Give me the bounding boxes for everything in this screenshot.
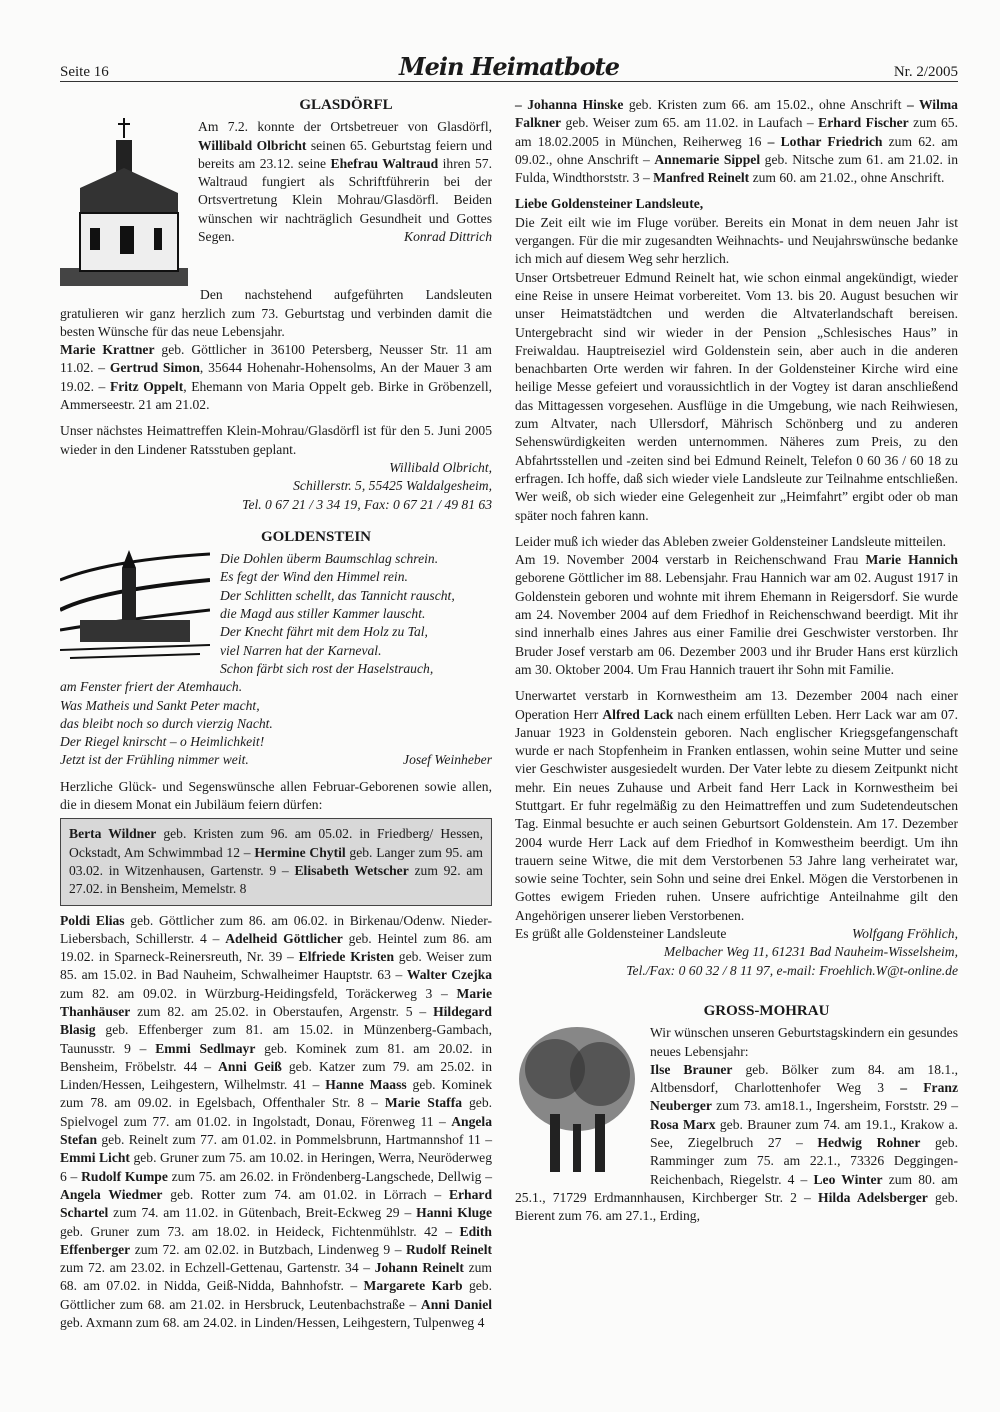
issue-number: Nr. 2/2005: [894, 64, 958, 81]
right-column: – Johanna Hinske geb. Kristen zum 66. am…: [515, 96, 958, 1226]
section-title-gross-mohrau: GROSS-MOHRAU: [515, 1002, 958, 1020]
signature-name: Wolfgang Fröhlich,: [852, 925, 958, 943]
chapel-illustration-icon: [60, 118, 188, 286]
masthead-title: Mein Heimatbote: [399, 52, 619, 81]
signature-contact: Tel./Fax: 0 60 32 / 8 11 97, e-mail: Fro…: [515, 962, 958, 980]
page-header: Seite 16 Mein Heimatbote Nr. 2/2005: [60, 50, 958, 82]
birthday-list-continued: – Johanna Hinske geb. Kristen zum 66. am…: [515, 96, 958, 187]
letter-heading: Liebe Goldensteiner Landsleute,: [515, 195, 958, 213]
page-number: Seite 16: [60, 64, 109, 81]
section-title-goldenstein: GOLDENSTEIN: [60, 528, 492, 546]
birthday-list: Poldi Elias geb. Göttlicher zum 86. am 0…: [60, 912, 492, 1333]
section-title-glasdoerfl: GLASDÖRFL: [60, 96, 492, 114]
left-column: GLASDÖRFL Am 7.2. konnte der Ortsbetreue…: [60, 96, 492, 1332]
highlight-box: Berta Wildner geb. Kristen zum 96. am 05…: [60, 818, 492, 905]
obituary: Am 19. November 2004 verstarb in Reichen…: [515, 551, 958, 679]
signature-phone: Tel. 0 67 21 / 3 34 19, Fax: 0 67 21 / 4…: [60, 496, 492, 514]
birthday-list: Marie Krattner geb. Göttlicher in 36100 …: [60, 341, 492, 414]
obituary: Unerwartet verstarb in Kornwestheim am 1…: [515, 687, 958, 925]
poet-name: Josef Weinheber: [403, 751, 492, 769]
signature-address: Melbacher Weg 11, 61231 Bad Nauheim-Wiss…: [515, 943, 958, 961]
signature-address: Schillerstr. 5, 55425 Waldalgesheim,: [60, 477, 492, 495]
tree-illustration-icon: [515, 1024, 640, 1174]
town-illustration-icon: [60, 550, 210, 662]
person-name: Willibald Olbricht: [198, 138, 306, 153]
person-name: Ehefrau Waltraud: [331, 156, 439, 171]
signature-name: Willibald Olbricht,: [60, 459, 492, 477]
author-signature: Konrad Dittrich: [404, 228, 492, 246]
